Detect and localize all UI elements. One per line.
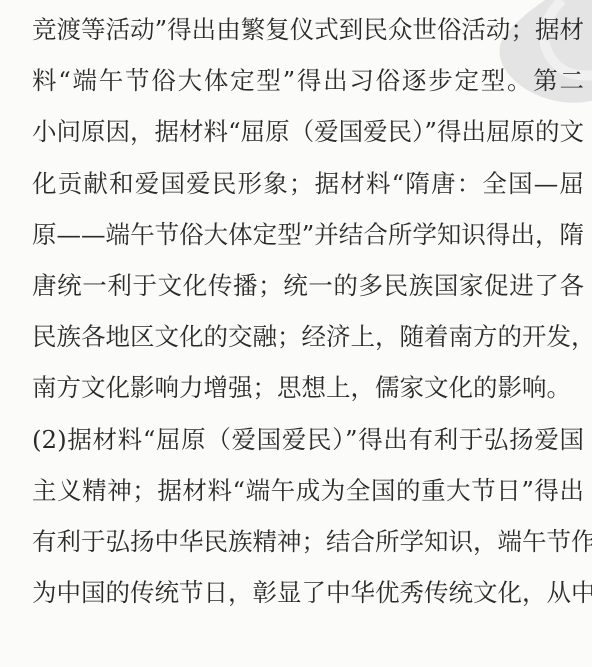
text-line-6: 唐统一利于文化传播；统一的多民族国家促进了各	[32, 264, 584, 315]
text-line-8: 南方文化影响力增强；思想上，儒家文化的影响。	[32, 366, 584, 417]
answer-explanation-text: 竞渡等活动”得出由繁复仪式到民众世俗活动；据材 料“端午节俗大体定型”得出习俗逐…	[32, 8, 584, 622]
text-line-7: 民族各地区文化的交融；经济上，随着南方的开发，	[32, 315, 584, 366]
text-line-4: 化贡献和爱国爱民形象；据材料“隋唐：全国—屈	[32, 162, 584, 213]
text-line-3: 小问原因，据材料“屈原（爱国爱民）”得出屈原的文	[32, 110, 584, 161]
text-line-9: (2)据材料“屈原（爱国爱民）”得出有利于弘扬爱国	[32, 418, 584, 469]
text-line-1: 竞渡等活动”得出由繁复仪式到民众世俗活动；据材	[32, 8, 584, 59]
text-line-11: 有利于弘扬中华民族精神；结合所学知识，端午节作	[32, 520, 584, 571]
text-line-12: 为中国的传统节日，彰显了中华优秀传统文化，从中	[32, 571, 584, 622]
text-line-2: 料“端午节俗大体定型”得出习俗逐步定型。第二	[32, 59, 584, 110]
text-line-5: 原——端午节俗大体定型”并结合所学知识得出，隋	[32, 213, 584, 264]
document-page: 竞渡等活动”得出由繁复仪式到民众世俗活动；据材 料“端午节俗大体定型”得出习俗逐…	[0, 0, 592, 667]
text-line-10: 主义精神；据材料“端午成为全国的重大节日”得出	[32, 469, 584, 520]
